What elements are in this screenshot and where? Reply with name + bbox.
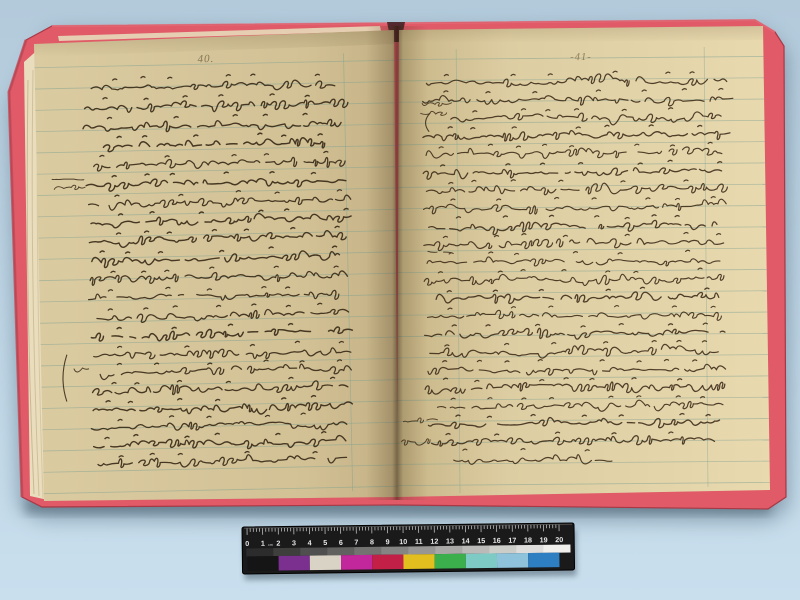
gutter-shadow xyxy=(366,26,428,500)
ruler-gray-step xyxy=(462,545,489,553)
ruler-number: 15 xyxy=(477,536,485,545)
ruler-gray-step xyxy=(300,547,327,555)
ruler-number: 20 xyxy=(555,535,563,544)
ruler-unit-label: cm xyxy=(268,543,273,547)
ruler-color-patch xyxy=(310,555,341,570)
ruler-number: 9 xyxy=(386,537,390,546)
ruler-gray-step xyxy=(381,546,408,554)
ruler-color-patch xyxy=(247,556,278,571)
ruler-number: 0 xyxy=(245,539,249,548)
ruler-gray-step xyxy=(543,544,570,552)
ruler-gray-step xyxy=(435,546,462,554)
manuscript-photo: 40. -41- 0123456789101112131415161718192… xyxy=(0,0,800,600)
ruler-number: 7 xyxy=(354,538,358,547)
ruler-number: 6 xyxy=(339,538,343,547)
ruler-number: 16 xyxy=(493,536,501,545)
page-number-left: 40. xyxy=(197,53,214,65)
ruler-color-patch xyxy=(497,553,528,568)
ruler-number: 18 xyxy=(524,535,532,544)
ruler-color-patch xyxy=(372,555,403,570)
ruler-number: 11 xyxy=(415,537,423,546)
ruler-number: 1 xyxy=(261,539,265,548)
ruler-number: 10 xyxy=(399,537,407,546)
ruler-gray-step xyxy=(408,546,435,554)
ruler-number: 14 xyxy=(462,536,470,545)
ruler-color-patch xyxy=(435,554,466,569)
ruler-gray-step xyxy=(327,547,354,555)
ruler-color-patch xyxy=(466,553,497,568)
ruler-number: 3 xyxy=(292,538,296,547)
ruler-gray-step xyxy=(516,545,543,553)
ruler-gray-step xyxy=(246,548,273,556)
scale-ruler: 01234567891011121314151617181920cm xyxy=(242,523,575,574)
ruler-number: 8 xyxy=(370,537,374,546)
ruler-color-patch xyxy=(279,556,310,571)
photo-stage: 40. -41- 0123456789101112131415161718192… xyxy=(0,0,800,600)
ruler-number: 19 xyxy=(540,535,548,544)
ruler-color-patch xyxy=(528,553,559,568)
ruler-number: 17 xyxy=(508,536,516,545)
ruler-number: 5 xyxy=(323,538,327,547)
page-number-right: -41- xyxy=(570,52,592,63)
ruler-color-patch xyxy=(403,554,434,569)
ruler-gray-step xyxy=(273,548,300,556)
ruler-number: 13 xyxy=(446,536,454,545)
ruler-gray-step xyxy=(489,545,516,553)
ruler-number: 4 xyxy=(308,538,312,547)
ruler-color-patch xyxy=(341,555,372,570)
ruler-number: 2 xyxy=(276,539,280,548)
ruler-gray-step xyxy=(354,547,381,555)
ruler-number: 12 xyxy=(430,537,438,546)
